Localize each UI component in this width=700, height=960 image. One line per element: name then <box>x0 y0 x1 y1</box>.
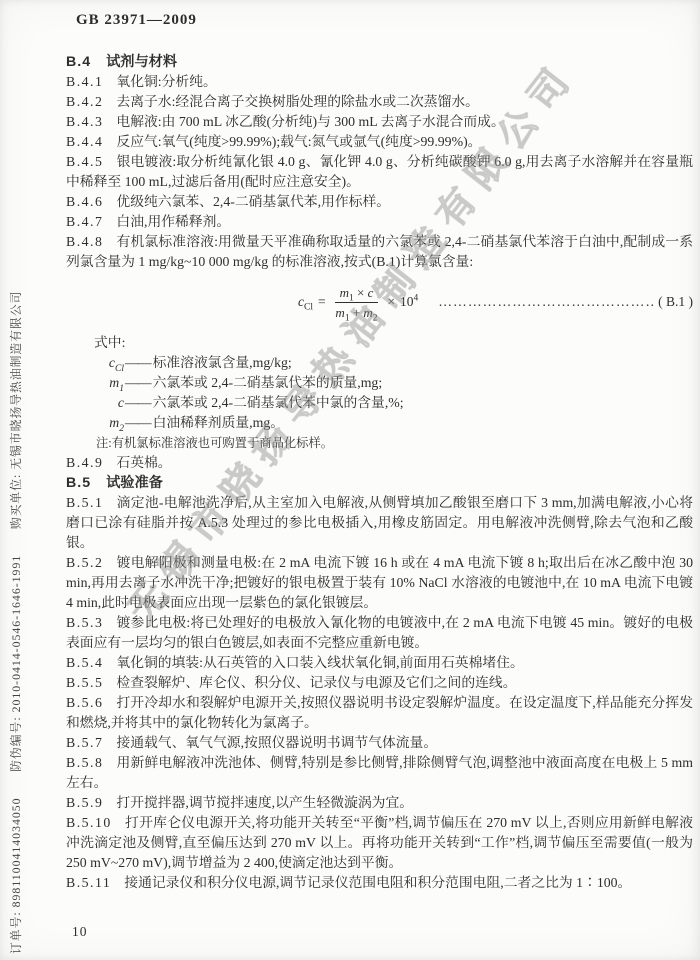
clause-B.5.10: B.5.10打开库仑仪电源开关,将功能开关转至“平衡”档,调节偏压在 270 m… <box>66 813 693 873</box>
order-info-vertical-text: 订单号: 8981100414034050 防伪编号: 2010-0414-05… <box>7 291 24 954</box>
clause-text: 反应气:氧气(纯度>99.99%);载气:氮气或氩气(纯度>99.99%)。 <box>116 134 481 149</box>
clause-text: 石英棉。 <box>116 455 171 470</box>
fraction: m1 × c m1 + m2 <box>335 284 379 321</box>
clause-B.5.7: B.5.7接通载气、氧气气源,按照仪器说明书调节气体流量。 <box>66 733 693 753</box>
definition-dash: —— <box>125 375 151 390</box>
clause-text: 有机氯标准溶液:用微量天平准确称取适量的六氯苯或 2,4-二硝基氯代苯溶于白油中… <box>66 234 693 269</box>
symbol-definition-row: m1——六氯苯或 2,4-二硝基氯代苯的质量,mg; <box>66 373 693 393</box>
clause-B.5.6: B.5.6打开冷却水和裂解炉电源开关,按照仪器说明书设定裂解炉温度。在设定温度下… <box>66 693 693 733</box>
fraction-denominator: m1 + m2 <box>335 303 377 321</box>
clause-number: B.4.2 <box>66 94 103 109</box>
symbol: m1 <box>96 373 124 393</box>
clause-B.4.7: B.4.7白油,用作稀释剂。 <box>66 212 693 232</box>
clause-text: 打开搅拌器,调节搅拌速度,以产生轻微漩涡为宜。 <box>116 795 413 810</box>
clause-number: B.5.1 <box>66 495 103 510</box>
clause-text: 镀参比电极:将已处理好的电极放入氰化物的电镀液中,在 2 mA 电流下电镀 45… <box>66 615 693 650</box>
clause-number: B.5.5 <box>66 675 103 690</box>
clause-text: 优级纯六氯苯、2,4-二硝基氯代苯,用作标样。 <box>116 194 390 209</box>
clause-number: B.4.6 <box>66 194 103 209</box>
clause-text: 试剂与材料 <box>106 54 177 70</box>
equals-sign: = <box>318 292 326 312</box>
formula-expression: cCl= m1 × c m1 + m2 ×104 <box>298 284 418 321</box>
clause-B.5.9: B.5.9打开搅拌器,调节搅拌速度,以产生轻微漩涡为宜。 <box>66 793 693 813</box>
definition-dash: —— <box>125 415 151 430</box>
clause-text: 氧化铜:分析纯。 <box>116 74 216 89</box>
section-b4-clauses: B.4试剂与材料B.4.1氧化铜:分析纯。B.4.2去离子水:经混合离子交换树脂… <box>66 52 693 272</box>
clause-number: B.5.4 <box>66 655 103 670</box>
dot-leader: ……………………………………………… <box>438 292 655 312</box>
section-heading-B.4: B.4试剂与材料 <box>66 52 693 72</box>
standard-number-header: GB 23971—2009 <box>76 12 197 29</box>
formula-lhs: cCl <box>298 292 313 312</box>
section-heading-B.5: B.5试验准备 <box>66 473 693 493</box>
clause-text: 接通记录仪和积分仪电源,调节记录仪范围电阻和积分范围电阻,二者之比为 1∶100… <box>124 875 631 890</box>
clause-text: 检查裂解炉、库仑仪、积分仪、记录仪与电源及它们之间的连线。 <box>116 675 516 690</box>
definition-text: 六氯苯或 2,4-二硝基氯代苯中氯的含量,%; <box>153 395 404 410</box>
symbol-definition-row: c——六氯苯或 2,4-二硝基氯代苯中氯的含量,%; <box>66 393 693 413</box>
clause-number: B.5.9 <box>66 795 103 810</box>
clause-text: 打开冷却水和裂解炉电源开关,按照仪器说明书设定裂解炉温度。在设定温度下,样品能充… <box>66 695 693 730</box>
clause-B.5.4: B.5.4氧化铜的填装:从石英管的入口装入线状氧化铜,前面用石英棉堵住。 <box>66 653 693 673</box>
clause-B.4.8: B.4.8有机氯标准溶液:用微量天平准确称取适量的六氯苯或 2,4-二硝基氯代苯… <box>66 232 693 272</box>
clause-number: B.5.11 <box>66 875 111 890</box>
clause-number: B.4.3 <box>66 114 103 129</box>
fraction-numerator: m1 × c <box>335 284 379 303</box>
clause-text: 打开库仑仪电源开关,将功能开关转至“平衡”档,调节偏压在 270 mV 以上,否… <box>66 815 693 870</box>
clause-text: 接通载气、氧气气源,按照仪器说明书调节气体流量。 <box>116 735 437 750</box>
clause-B.5.11: B.5.11接通记录仪和积分仪电源,调节记录仪范围电阻和积分范围电阻,二者之比为… <box>66 873 693 893</box>
definition-text: 六氯苯或 2,4-二硝基氯代苯的质量,mg; <box>153 375 383 390</box>
clause-text: 试验准备 <box>106 475 163 491</box>
clause-text: 去离子水:经混合离子交换树脂处理的除盐水或二次蒸馏水。 <box>116 94 479 109</box>
clause-number: B.4.5 <box>66 154 103 169</box>
symbol: c <box>96 393 124 413</box>
clause-number: B.5.10 <box>66 815 112 830</box>
clause-number: B.4.9 <box>66 455 103 470</box>
note-text: 注:有机氯标准溶液也可购置于商品化标样。 <box>66 433 693 453</box>
multiply-sign: × <box>387 292 395 312</box>
clause-text: 用新鲜电解液冲洗池体、侧臂,特别是参比侧臂,排除侧臂气泡,调整池中液面高度在电极… <box>66 755 693 790</box>
symbol-definition-row: m2——白油稀释剂质量,mg。 <box>66 413 693 433</box>
clause-number: B.4.7 <box>66 214 103 229</box>
definition-text: 标准溶液氯含量,mg/kg; <box>153 355 292 370</box>
clause-B.4.6: B.4.6优级纯六氯苯、2,4-二硝基氯代苯,用作标样。 <box>66 192 693 212</box>
clause-B.4.1: B.4.1氧化铜:分析纯。 <box>66 72 693 92</box>
definition-text: 白油稀释剂质量,mg。 <box>153 415 284 430</box>
clause-text: 镀电解阳极和测量电极:在 2 mA 电流下镀 16 h 或在 4 mA 电流下镀… <box>66 555 693 610</box>
clause-B.5.3: B.5.3镀参比电极:将已处理好的电极放入氰化物的电镀液中,在 2 mA 电流下… <box>66 613 693 653</box>
clause-number: B.5.8 <box>66 755 103 770</box>
clause-B.4.4: B.4.4反应气:氧气(纯度>99.99%);载气:氮气或氩气(纯度>99.99… <box>66 132 693 152</box>
clause-number: B.5 <box>66 475 91 491</box>
section-b5-clauses: B.4.9石英棉。B.5试验准备B.5.1滴定池-电解池洗净后,从主室加入电解液… <box>66 453 693 893</box>
clause-text: 氧化铜的填装:从石英管的入口装入线状氧化铜,前面用石英棉堵住。 <box>116 655 523 670</box>
formula-b1: cCl= m1 × c m1 + m2 ×104 ………………………………………… <box>66 279 693 325</box>
clause-number: B.4.8 <box>66 234 103 249</box>
power-of-ten: 104 <box>400 292 418 312</box>
clause-B.4.3: B.4.3电解液:由 700 mL 冰乙酸(分析纯)与 300 mL 去离子水混… <box>66 112 693 132</box>
symbol: m2 <box>96 413 124 433</box>
formula-label: ( B.1 ) <box>658 292 693 312</box>
scanned-document-page: GB 23971—2009 订单号: 8981100414034050 防伪编号… <box>0 0 700 960</box>
definition-dash: —— <box>125 355 151 370</box>
where-label: 式中: <box>66 333 693 353</box>
clause-B.5.1: B.5.1滴定池-电解池洗净后,从主室加入电解液,从侧臂填加乙酸银至磨口下 3 … <box>66 493 693 553</box>
clause-number: B.5.7 <box>66 735 103 750</box>
clause-number: B.4 <box>66 54 91 70</box>
clause-number: B.4.4 <box>66 134 103 149</box>
clause-number: B.4.1 <box>66 74 103 89</box>
clause-B.5.2: B.5.2镀电解阳极和测量电极:在 2 mA 电流下镀 16 h 或在 4 mA… <box>66 553 693 613</box>
clause-text: 电解液:由 700 mL 冰乙酸(分析纯)与 300 mL 去离子水混合而成。 <box>116 114 504 129</box>
clause-number: B.5.6 <box>66 695 103 710</box>
clause-text: 银电镀液:取分析纯氰化银 4.0 g、氰化钾 4.0 g、分析纯碳酸钾 6.0 … <box>66 154 693 189</box>
symbol: cCl <box>96 353 124 373</box>
clause-B.5.8: B.5.8用新鲜电解液冲洗池体、侧臂,特别是参比侧臂,排除侧臂气泡,调整池中液面… <box>66 753 693 793</box>
page-number: 10 <box>72 924 88 940</box>
definition-dash: —— <box>125 395 151 410</box>
symbol-definition-row: cCl——标准溶液氯含量,mg/kg; <box>66 353 693 373</box>
clause-B.4.2: B.4.2去离子水:经混合离子交换树脂处理的除盐水或二次蒸馏水。 <box>66 92 693 112</box>
clause-B.4.9: B.4.9石英棉。 <box>66 453 693 473</box>
clause-text: 白油,用作稀释剂。 <box>116 214 230 229</box>
symbol-definitions: cCl——标准溶液氯含量,mg/kg;m1——六氯苯或 2,4-二硝基氯代苯的质… <box>66 353 693 433</box>
document-body: B.4试剂与材料B.4.1氧化铜:分析纯。B.4.2去离子水:经混合离子交换树脂… <box>66 52 693 893</box>
clause-text: 滴定池-电解池洗净后,从主室加入电解液,从侧臂填加乙酸银至磨口下 3 mm,加满… <box>66 495 693 550</box>
clause-number: B.5.2 <box>66 555 103 570</box>
clause-B.4.5: B.4.5银电镀液:取分析纯氰化银 4.0 g、氰化钾 4.0 g、分析纯碳酸钾… <box>66 152 693 192</box>
clause-number: B.5.3 <box>66 615 103 630</box>
clause-B.5.5: B.5.5检查裂解炉、库仑仪、积分仪、记录仪与电源及它们之间的连线。 <box>66 673 693 693</box>
